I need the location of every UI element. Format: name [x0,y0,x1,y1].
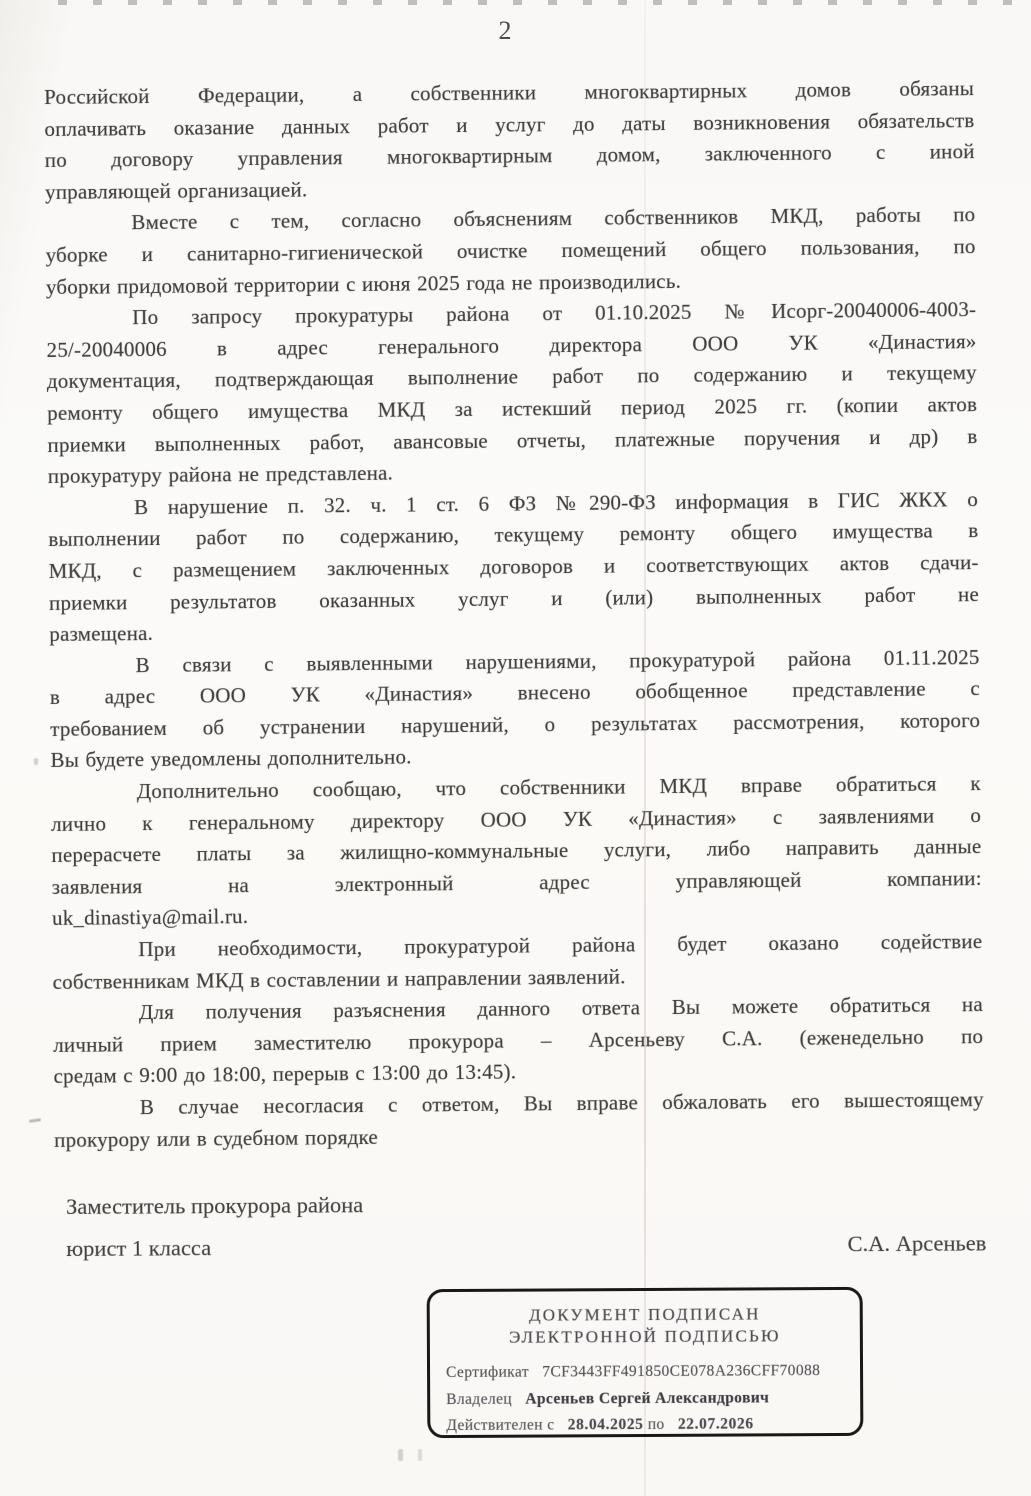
scan-artifact-mark [398,1449,403,1461]
paragraph: В случае несогласия с ответом, Вы вправе… [54,1084,985,1156]
scan-artifact-mark [34,758,38,765]
page-number: 2 [0,16,1010,46]
paragraph: В нарушение п. 32. ч. 1 ст. 6 ФЗ №290-ФЗ… [48,484,979,651]
signature-block: Заместитель прокурора района юрист 1 кла… [66,1188,986,1262]
paragraph: Дополнительно сообщаю, что собственники … [51,768,982,935]
body-text: Российской Федерации, а собственники мно… [44,73,984,1156]
paragraph: При необходимости, прокуратурой района б… [52,926,983,998]
stamp-certificate-value: 7CF3443FF491850CE078A236CFF70088 [542,1362,820,1380]
stamp-owner-name: Арсеньев Сергей Александрович [525,1389,769,1407]
document-page: 2 Российской Федерации, а собственники м… [0,0,1031,1496]
stamp-valid-to-label: по [648,1416,665,1433]
stamp-owner-row: Владелец Арсеньев Сергей Александрович [446,1384,860,1413]
stamp-certificate-label: Сертификат [446,1364,529,1381]
stamp-title: ДОКУМЕНТ ПОДПИСАН ЭЛЕКТРОННОЙ ПОДПИСЬЮ [430,1303,860,1349]
signatory-position-line1: Заместитель прокурора района [66,1188,986,1220]
scan-artifact-top-edge [58,0,1027,5]
stamp-validity-label: Действителен с [446,1416,554,1434]
signatory-position-line2: юрист 1 класса [66,1235,211,1262]
signatory-name: С.А. Арсеньев [847,1230,986,1257]
paragraph: Российской Федерации, а собственники мно… [44,73,975,208]
scan-artifact-mark [418,1449,422,1461]
stamp-details: Сертификат 7CF3443FF491850CE078A236CFF70… [446,1358,860,1440]
stamp-valid-to: 22.07.2026 [678,1415,754,1432]
scan-artifact-mark [29,1118,41,1123]
paragraph: По запросу прокуратуры района от 01.10.2… [46,294,978,492]
stamp-owner-label: Владелец [446,1390,512,1407]
stamp-validity-row: Действителен с 28.04.2025 по 22.07.2026 [446,1411,860,1440]
stamp-title-line1: ДОКУМЕНТ ПОДПИСАН [430,1303,860,1327]
paragraph: Вместе с тем, согласно объяснениям собст… [45,199,976,303]
paragraph: В связи с выявленными нарушениями, проку… [49,642,980,777]
paragraph: Для получения разъяснения данного ответа… [53,989,984,1093]
digital-signature-stamp: ДОКУМЕНТ ПОДПИСАН ЭЛЕКТРОННОЙ ПОДПИСЬЮ С… [427,1287,864,1438]
stamp-certificate-row: Сертификат 7CF3443FF491850CE078A236CFF70… [446,1358,860,1387]
stamp-valid-from: 28.04.2025 [568,1416,644,1433]
stamp-title-line2: ЭЛЕКТРОННОЙ ПОДПИСЬЮ [430,1325,860,1349]
